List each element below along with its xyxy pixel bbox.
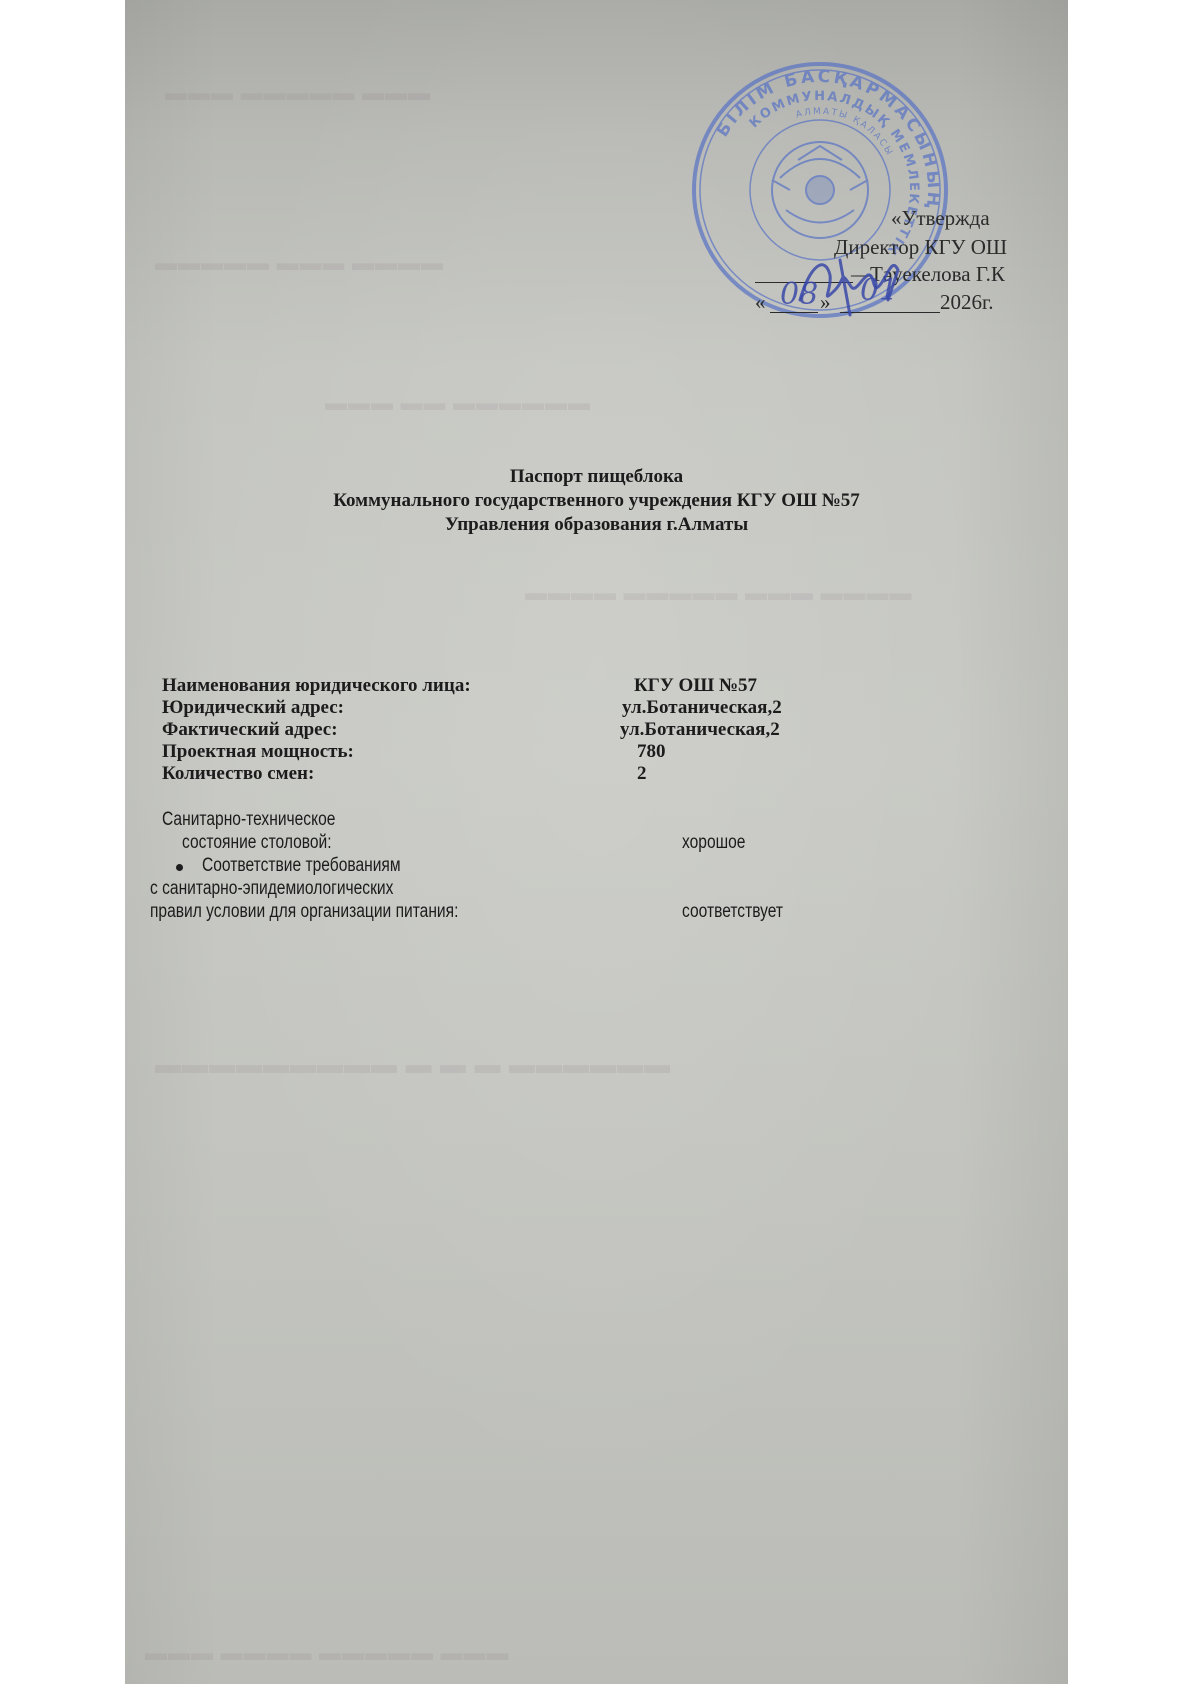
field-label-design-capacity: Проектная мощность: <box>162 741 354 763</box>
title-line-1: Паспорт пищеблока <box>125 465 1068 489</box>
compliance-value: соответствует <box>682 901 783 923</box>
bullet-icon <box>176 864 183 871</box>
compliance-label-line-2: с санитарно-эпидемиологических <box>150 878 393 900</box>
bleed-through-texture: ▬▬▬ ▬▬▬▬▬ ▬▬▬ <box>165 80 431 106</box>
field-value-shifts: 2 <box>637 763 647 785</box>
compliance-label-line-3: правил условии для организации питания: <box>150 901 458 923</box>
field-value-actual-address: ул.Ботаническая,2 <box>620 719 780 741</box>
field-label-legal-address: Юридический адрес: <box>162 697 344 719</box>
handwritten-date-month: 01 <box>860 273 898 308</box>
document-title: Паспорт пищеблока Коммунального государс… <box>125 465 1068 537</box>
bleed-through-texture: ▬▬▬ ▬▬ ▬▬▬▬▬▬ <box>325 390 591 416</box>
handwritten-date-day: 08 <box>780 277 818 312</box>
field-value-design-capacity: 780 <box>637 741 666 763</box>
bleed-through-texture: ▬▬▬▬ ▬▬▬▬▬ ▬▬▬ ▬▬▬▬ <box>525 580 913 606</box>
compliance-label-line-1: Соответствие требованиям <box>202 855 401 877</box>
sanitary-value: хорошое <box>682 832 745 854</box>
field-label-actual-address: Фактический адрес: <box>162 719 338 741</box>
state-emblem-icon <box>772 142 868 238</box>
approval-heading: «Утвержда <box>891 206 990 231</box>
sanitary-label-line-1: Санитарно-техническое <box>162 809 335 831</box>
bleed-through-texture: ▬▬▬ ▬▬▬▬ ▬▬▬▬▬ ▬▬▬ <box>145 1640 510 1666</box>
bleed-through-texture: ▬▬▬▬▬▬▬▬▬ ▬ ▬ ▬ ▬▬▬▬▬▬ <box>155 1050 671 1080</box>
document-photo: ▬▬▬ ▬▬▬▬▬ ▬▬▬ ▬▬▬▬▬ ▬▬▬ ▬▬▬▬ ▬▬▬ ▬▬ ▬▬▬▬… <box>125 0 1068 1684</box>
date-open-quote: « <box>755 290 766 315</box>
title-line-3: Управления образования г.Алматы <box>125 513 1068 537</box>
field-label-shifts: Количество смен: <box>162 763 314 785</box>
sanitary-label-line-2: состояние столовой: <box>182 832 332 854</box>
field-value-legal-entity: КГУ ОШ №57 <box>634 675 757 697</box>
field-label-legal-entity: Наименования юридического лица: <box>162 675 471 697</box>
date-year: 2026г. <box>940 290 994 315</box>
title-line-2: Коммунального государственного учреждени… <box>125 489 1068 513</box>
bleed-through-texture: ▬▬▬▬▬ ▬▬▬ ▬▬▬▬ <box>155 250 444 276</box>
field-value-legal-address: ул.Ботаническая,2 <box>622 697 782 719</box>
